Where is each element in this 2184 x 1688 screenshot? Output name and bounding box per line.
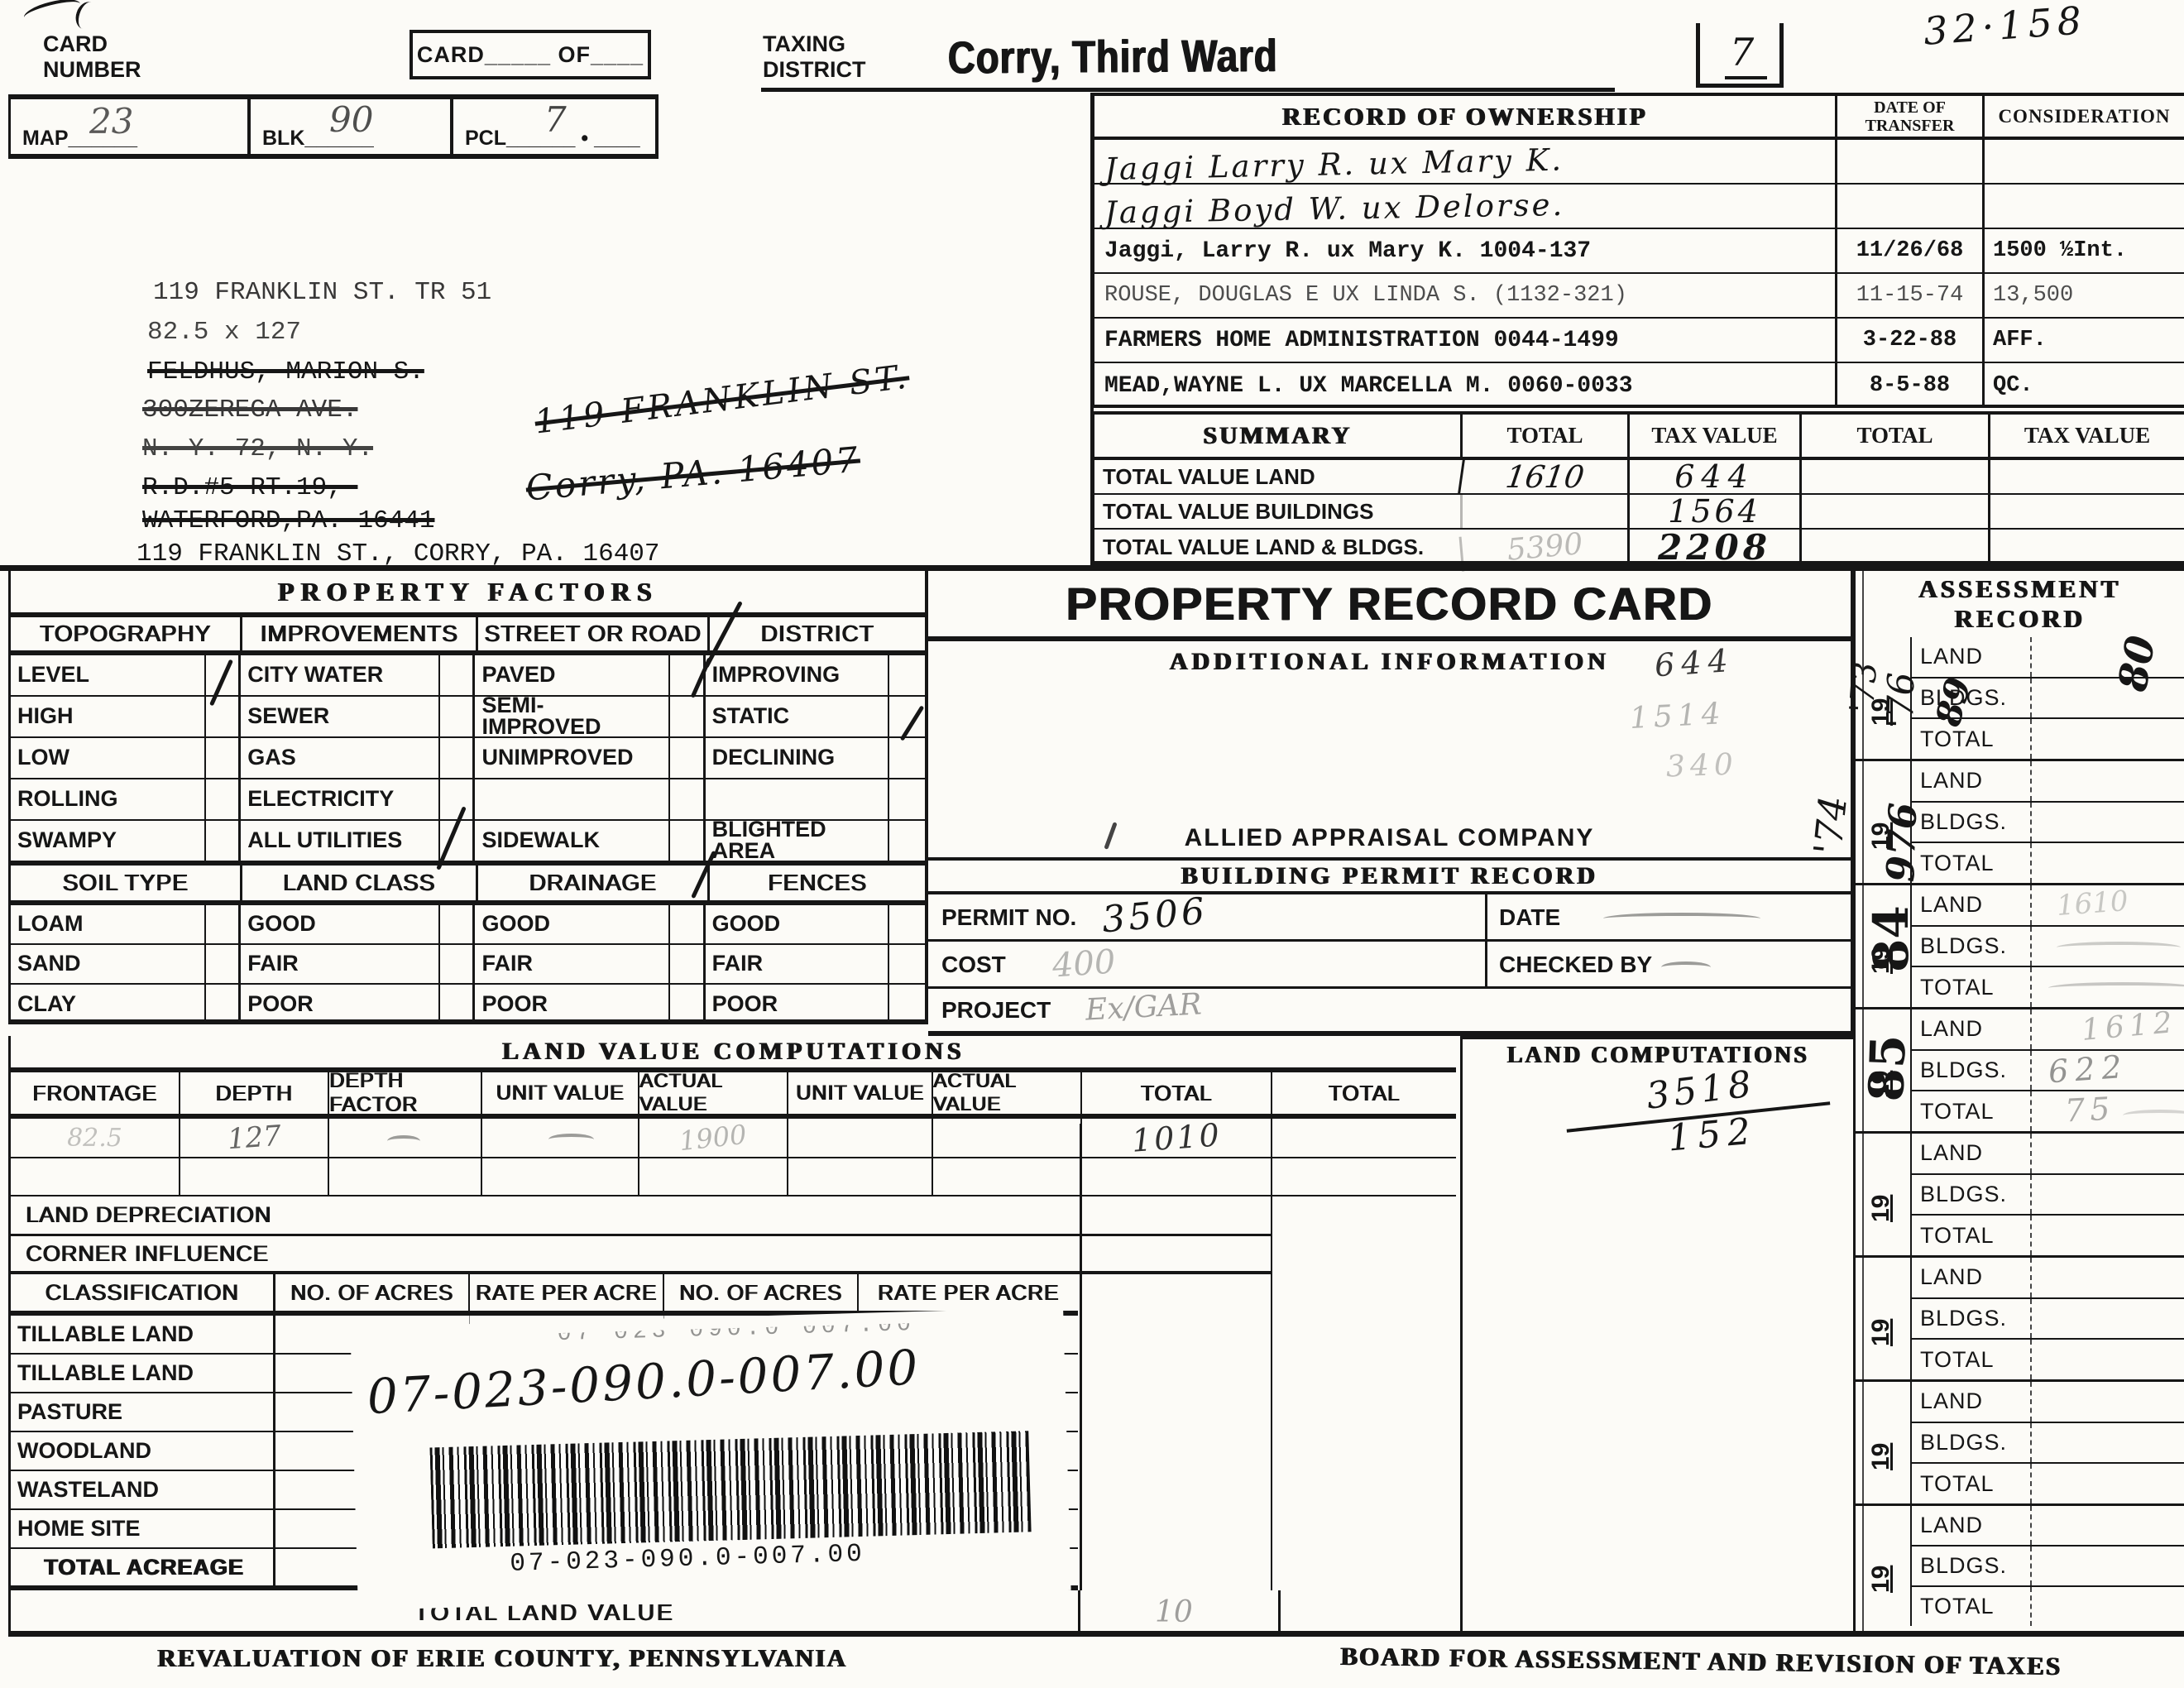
parcel-id-handwritten: 07-023-090.0-007.00 — [366, 1339, 922, 1425]
check-cell — [888, 738, 925, 778]
summary-tax2 — [1988, 495, 2184, 528]
check-cell — [888, 655, 925, 695]
footer-left: REVALUATION OF ERIE COUNTY, PENNSYLVANIA — [157, 1643, 847, 1673]
col-soil-type: SOIL TYPE — [11, 866, 242, 900]
taxing-district-label: TAXING DISTRICT — [763, 31, 866, 83]
land-value: 1612 — [2032, 1009, 2184, 1049]
illegible-handwriting — [548, 1134, 594, 1145]
year-stamp: 84 — [1863, 905, 1919, 972]
transfer-date: 8-5-88 — [1835, 363, 1982, 408]
col-no-of-acres2: NO. OF ACRES — [664, 1274, 859, 1311]
class-label: HOME SITE — [11, 1510, 275, 1547]
empty-cell — [1272, 1158, 1456, 1195]
summary-tax2 — [1988, 460, 2184, 493]
summary-row: TOTAL VALUE LAND & BLDGS. 5390 2208 — [1094, 530, 2184, 564]
owner-name: MEAD,WAYNE L. UX MARCELLA M. 0060-0033 — [1094, 363, 1835, 408]
bldgs-label: BLDGS. — [1912, 1299, 2032, 1339]
assessment-row: LAND — [1912, 761, 2184, 803]
check-cell — [888, 905, 925, 943]
check-cell — [668, 779, 706, 819]
check-cell — [888, 985, 925, 1024]
empty-cell — [180, 1158, 329, 1195]
assessment-row: TOTAL — [1912, 1340, 2184, 1379]
total-land-value: 10 — [1080, 1595, 1193, 1629]
col-rate-per-acre: RATE PER ACRE — [470, 1274, 664, 1311]
col-district: DISTRICT — [710, 617, 925, 650]
land-label: LAND — [1912, 885, 2032, 925]
summary-tax: 1564 — [1627, 495, 1799, 528]
summary-total2 — [1799, 460, 1988, 493]
handwritten-value: 644 — [1654, 642, 1736, 684]
factor-option: ELECTRICITY — [241, 779, 438, 819]
building-permit-record-title: BUILDING PERMIT RECORD — [928, 857, 1851, 894]
rule-line — [1080, 1124, 1082, 1590]
check-cell — [438, 655, 476, 695]
land-computations-box: LAND COMPUTATIONS 3518 152 — [1460, 1036, 1853, 1631]
soil-row: CLAY POOR POOR POOR — [11, 985, 925, 1024]
total-value — [2032, 1340, 2184, 1379]
assessment-row: TOTAL — [1912, 843, 2184, 883]
summary-table: SUMMARY TOTAL TAX VALUE TOTAL TAX VALUE … — [1090, 411, 2184, 565]
assessment-row: BLDGS. — [1912, 803, 2184, 844]
corner-note: 32·158 — [1922, 0, 2087, 54]
land-label: LAND — [1912, 637, 2032, 677]
factor-option: BLIGHTED AREA — [706, 821, 888, 861]
bldgs-value — [2032, 927, 2184, 966]
total-value — [2032, 1216, 2184, 1255]
corner-influence-row: CORNER INFLUENCE — [11, 1236, 1272, 1274]
check-cell — [888, 945, 925, 983]
check-cell — [204, 779, 242, 819]
land-value: 1610 — [2032, 885, 2184, 925]
class-label: WASTELAND — [11, 1471, 275, 1508]
land-value — [2032, 1382, 2184, 1422]
check-cell — [204, 945, 242, 983]
property-factors-table: PROPERTY FACTORS TOPOGRAPHY IMPROVEMENTS… — [8, 571, 928, 1024]
year-label: 19 — [1867, 1319, 1895, 1346]
illegible-handwriting — [1661, 961, 1711, 973]
parcel-id-sticker: 07 023 090.0 007.00 07-023-090.0-007.00 … — [350, 1307, 1070, 1610]
card-number-label: CARD NUMBER — [43, 31, 141, 83]
assessment-row: BLDGS. — [1912, 927, 2184, 968]
year-label: 19 — [1867, 1443, 1895, 1470]
property-factors-title: PROPERTY FACTORS — [11, 571, 925, 612]
summary-col-total2: TOTAL — [1799, 415, 1988, 457]
summary-row: TOTAL VALUE LAND 1610 644 — [1094, 460, 2184, 495]
factor-option — [706, 779, 888, 819]
bldgs-value — [2032, 679, 2184, 718]
empty-cell — [11, 1158, 180, 1195]
land-label: LAND — [1912, 1258, 2032, 1297]
check-cell — [204, 821, 242, 861]
ownership-row: FARMERS HOME ADMINISTRATION 0044-1499 3-… — [1094, 319, 2184, 363]
ownership-row: MEAD,WAYNE L. UX MARCELLA M. 0060-0033 8… — [1094, 363, 2184, 408]
ownership-row: ROUSE, DOUGLAS E UX LINDA S. (1132-321) … — [1094, 274, 2184, 319]
year-stamp: 85 — [1858, 1033, 1917, 1102]
number-stamp: 80 — [2110, 632, 2165, 695]
bldgs-label: BLDGS. — [1912, 1547, 2032, 1585]
check-cell — [668, 738, 706, 778]
total-label: TOTAL — [1912, 719, 2032, 759]
check-cell — [438, 905, 476, 943]
factors-row: LEVEL CITY WATER PAVED IMPROVING — [11, 655, 925, 697]
class-label: TILLABLE LAND — [11, 1355, 275, 1392]
summary-total: 5390 — [1459, 522, 1629, 571]
land-depreciation-row: LAND DEPRECIATION — [11, 1196, 1272, 1236]
owner-name: ROUSE, DOUGLAS E UX LINDA S. (1132-321) — [1094, 274, 1835, 317]
total-value — [2032, 843, 2184, 883]
transfer-date — [1835, 185, 1982, 228]
transfer-date: 11/26/68 — [1835, 229, 1982, 272]
checked-by-label: CHECKED BY — [1499, 952, 1652, 978]
bldgs-value — [2032, 1299, 2184, 1339]
summary-col-taxvalue: TAX VALUE — [1627, 415, 1799, 457]
total-label: TOTAL — [1912, 1340, 2032, 1379]
factor-option: CITY WATER — [241, 655, 438, 695]
assessment-group: 19 LAND BLDGS. TOTAL — [1856, 1382, 2184, 1506]
assessment-row: LAND — [1912, 1258, 2184, 1299]
assessment-row: BLDGS.622 — [1912, 1051, 2184, 1092]
col-depth: DEPTH — [180, 1072, 329, 1114]
ownership-row: Jaggi Boyd W. ux Delorse. — [1094, 185, 2184, 229]
check-cell — [668, 821, 706, 861]
consideration — [1982, 185, 2184, 228]
land-label: LAND — [1912, 1506, 2032, 1545]
land-value — [2032, 1258, 2184, 1297]
land-value — [2032, 761, 2184, 801]
lvc-actual-value2 — [933, 1119, 1082, 1157]
land-label: LAND — [1912, 1382, 2032, 1422]
factor-option: HIGH — [11, 697, 204, 736]
handwritten-value: 1514 — [1629, 697, 1727, 736]
blk-label: BLK______ — [262, 127, 374, 151]
check-cell — [438, 779, 476, 819]
soil-option: SAND — [11, 945, 204, 983]
consideration: AFF. — [1982, 319, 2184, 362]
land-computations-title: LAND COMPUTATIONS — [1463, 1039, 1853, 1072]
assessment-row: TOTAL — [1912, 1464, 2184, 1503]
check-cell — [668, 905, 706, 943]
land-value — [2032, 1506, 2184, 1545]
col-actual-value2: ACTUAL VALUE — [933, 1072, 1082, 1114]
col-classification: CLASSIFICATION — [11, 1274, 275, 1311]
col-street-or-road: STREET OR ROAD — [478, 617, 710, 650]
illegible-handwriting — [1603, 913, 1760, 924]
factor-option: SWAMPY — [11, 821, 204, 861]
summary-tax: 2208 — [1627, 530, 1799, 564]
pcl-label: PCL______ • ____ — [465, 127, 640, 151]
col-actual-value: ACTUAL VALUE — [639, 1072, 788, 1114]
check-cell — [204, 985, 242, 1024]
bldgs-value — [2032, 1547, 2184, 1585]
soil-option: CLAY — [11, 985, 204, 1024]
soil-row: SAND FAIR FAIR FAIR — [11, 945, 925, 985]
check-cell — [204, 738, 242, 778]
class-label: TILLABLE LAND — [11, 1316, 275, 1353]
bldgs-value — [2032, 1175, 2184, 1215]
factor-option: IMPROVING — [706, 655, 888, 695]
summary-label: TOTAL VALUE LAND — [1094, 460, 1460, 493]
prior-address-line: N. Y. 72, N. Y. — [142, 434, 373, 463]
card-of-box: CARD_____ OF____ — [409, 30, 651, 79]
permit-cost-label: COST — [941, 952, 1006, 978]
summary-total: 1610 — [1458, 460, 1630, 493]
check-cell — [438, 945, 476, 983]
assessment-group: 19 LAND BLDGS. TOTAL — [1856, 1134, 2184, 1258]
total-value — [2032, 719, 2184, 759]
check-cell — [668, 985, 706, 1024]
year-stamp: '76 — [1880, 672, 1923, 729]
summary-label: TOTAL VALUE BUILDINGS — [1094, 495, 1460, 528]
col-land-class: LAND CLASS — [242, 866, 478, 900]
taxing-district-value: Corry, Third Ward — [947, 31, 1277, 85]
ownership-title: RECORD OF OWNERSHIP — [1094, 96, 1835, 137]
assessment-row: BLDGS. — [1912, 1299, 2184, 1340]
appraisal-company-label: ALLIED APPRAISAL COMPANY — [928, 824, 1851, 852]
assessment-record-title: ASSESSMENT RECORD — [1856, 571, 2184, 637]
land-label: LAND — [1912, 761, 2032, 801]
empty-cell — [933, 1158, 1082, 1195]
check-cell — [438, 738, 476, 778]
lvc-depth-factor-value — [329, 1119, 482, 1157]
rule-line — [0, 565, 2184, 571]
factor-option: GAS — [241, 738, 438, 778]
date-of-transfer-header: DATE OF TRANSFER — [1835, 96, 1982, 137]
soil-option: FAIR — [475, 945, 668, 983]
transfer-date: 11-15-74 — [1835, 274, 1982, 317]
total-land-value-cell: 10 — [1078, 1590, 1281, 1634]
soil-option: GOOD — [241, 905, 438, 943]
prior-address-line: 300ZEREGA AVE. — [142, 396, 357, 424]
factors-row: SWAMPY ALL UTILITIES SIDEWALK BLIGHTED A… — [11, 821, 925, 862]
year-stamp: '74 — [1805, 794, 1856, 856]
assessment-row: TOTAL — [1912, 1216, 2184, 1255]
lvc-actual-value: 1900 — [639, 1119, 788, 1157]
handwritten-value: 152 — [1666, 1110, 1759, 1159]
col-total2: TOTAL — [1272, 1072, 1456, 1114]
check-cell — [438, 697, 476, 736]
handwritten-value: 340 — [1665, 747, 1738, 784]
year-label: 19 — [1867, 1566, 1895, 1593]
assessment-group: 19 LAND BLDGS. TOTAL — [1856, 1258, 2184, 1382]
consideration: QC. — [1982, 363, 2184, 408]
rule-line — [1271, 1124, 1272, 1590]
illegible-handwriting — [2048, 982, 2184, 994]
check-cell — [888, 779, 925, 819]
owner-name: FARMERS HOME ADMINISTRATION 0044-1499 — [1094, 319, 1835, 362]
col-topography: TOPOGRAPHY — [11, 617, 242, 650]
soil-option: LOAM — [11, 905, 204, 943]
col-unit-value2: UNIT VALUE — [788, 1072, 933, 1114]
assessment-row: TOTAL75 — [1912, 1091, 2184, 1131]
prior-address-line: WATERFORD,PA. 16441 — [142, 506, 434, 535]
factor-option: SIDEWALK — [475, 821, 668, 861]
footer-right: BOARD FOR ASSESSMENT AND REVISION OF TAX… — [1340, 1642, 2062, 1681]
total-label: TOTAL — [1912, 1587, 2032, 1626]
handwritten-address: 119 FRANKLIN ST. — [533, 357, 912, 441]
transfer-date: 3-22-88 — [1835, 319, 1982, 362]
summary-total — [1460, 495, 1627, 528]
total-label: TOTAL — [1912, 843, 2032, 883]
ownership-row: Jaggi Larry R. ux Mary K. — [1094, 140, 2184, 185]
year-label: 19 — [1867, 1195, 1895, 1222]
check-cell — [668, 945, 706, 983]
factor-option: LEVEL — [11, 655, 204, 695]
soil-option: FAIR — [706, 945, 888, 983]
col-frontage: FRONTAGE — [11, 1072, 180, 1114]
land-label: LAND — [1912, 1134, 2032, 1173]
factor-option: PAVED — [475, 655, 668, 695]
factor-option: STATIC — [706, 697, 888, 736]
map-blk-pcl-strip: 23 MAP______ 90 BLK______ 7 PCL______ • … — [8, 94, 659, 159]
empty-cell — [1082, 1158, 1272, 1195]
summary-tax2 — [1988, 530, 2184, 564]
soil-option: POOR — [475, 985, 668, 1024]
permit-cost-value: 400 — [1051, 942, 1116, 985]
transfer-date — [1835, 140, 1982, 183]
lvc-total2-value — [1272, 1119, 1456, 1157]
ownership-row: Jaggi, Larry R. ux Mary K. 1004-137 11/2… — [1094, 229, 2184, 274]
assessment-group: 19 LAND BLDGS. TOTAL — [1856, 1506, 2184, 1626]
total-value: 75 — [2032, 1091, 2184, 1131]
summary-total2 — [1799, 530, 1988, 564]
assessment-row: LAND — [1912, 1506, 2184, 1547]
card-of-label: CARD_____ OF____ — [417, 42, 644, 68]
bldgs-label: BLDGS. — [1912, 803, 2032, 842]
consideration-header: CONSIDERATION — [1982, 96, 2184, 137]
total-value — [2032, 1587, 2184, 1626]
consideration: 13,500 — [1982, 274, 2184, 317]
current-address-line: 119 FRANKLIN ST., CORRY, PA. 16407 — [136, 539, 660, 568]
empty-cell — [639, 1158, 788, 1195]
soil-option: FAIR — [241, 945, 438, 983]
bldgs-value — [2032, 803, 2184, 842]
rule-line — [761, 88, 1615, 92]
factor-option: ROLLING — [11, 779, 204, 819]
factor-option: LOW — [11, 738, 204, 778]
check-cell — [438, 985, 476, 1024]
factor-option: UNIMPROVED — [475, 738, 668, 778]
illegible-handwriting — [387, 1135, 420, 1147]
class-label: WOODLAND — [11, 1432, 275, 1470]
permit-project-label: PROJECT — [941, 997, 1051, 1024]
summary-col-total: TOTAL — [1460, 415, 1627, 457]
rule-line — [1090, 93, 1094, 565]
empty-cell — [788, 1158, 933, 1195]
land-depreciation-label: LAND DEPRECIATION — [11, 1202, 271, 1228]
corner-influence-label: CORNER INFLUENCE — [11, 1241, 269, 1267]
bldgs-value — [2032, 1423, 2184, 1463]
assessment-row: LAND — [1912, 1382, 2184, 1423]
prior-address-line: R.D.#5 RT.19,- — [142, 473, 357, 502]
assessment-row: TOTAL — [1912, 967, 2184, 1007]
permit-date-label: DATE — [1499, 904, 1560, 931]
soil-row: LOAM GOOD GOOD GOOD — [11, 905, 925, 945]
summary-total2 — [1799, 495, 1988, 528]
assessment-row: LAND — [1912, 1134, 2184, 1175]
illegible-handwriting — [2057, 942, 2181, 953]
land-value — [2032, 1134, 2184, 1173]
lvc-unit-value2 — [788, 1119, 933, 1157]
assessment-row: BLDGS. — [1912, 1547, 2184, 1587]
lvc-title: LAND VALUE COMPUTATIONS — [11, 1036, 1456, 1067]
total-label: TOTAL — [1912, 1091, 2032, 1131]
class-label: PASTURE — [11, 1393, 275, 1431]
handwritten-address: Corry, PA. 16407 — [524, 439, 862, 508]
col-fences: FENCES — [710, 866, 925, 900]
lvc-unit-value — [482, 1119, 639, 1157]
factor-option: SEWER — [241, 697, 438, 736]
soil-option: POOR — [241, 985, 438, 1024]
check-cell — [668, 697, 706, 736]
rule-line — [8, 1631, 2184, 1637]
permit-no-value: 3506 — [1100, 890, 1209, 942]
factor-option — [475, 779, 668, 819]
assessment-row: LAND1610 — [1912, 885, 2184, 927]
bldgs-label: BLDGS. — [1912, 1051, 2032, 1091]
factors-row: LOW GAS UNIMPROVED DECLINING — [11, 738, 925, 779]
owner-name: Jaggi, Larry R. ux Mary K. 1004-137 — [1094, 229, 1835, 272]
total-label: TOTAL — [1912, 967, 2032, 1007]
parcel-barcode — [429, 1431, 1031, 1548]
card-count-value: 7 — [1725, 30, 1767, 79]
summary-row: TOTAL VALUE BUILDINGS 1564 — [1094, 495, 2184, 530]
empty-cell — [329, 1158, 482, 1195]
year-stamp: 976 — [1878, 802, 1925, 883]
pen-scribble — [22, 0, 82, 26]
parcel-id-barcode-label: 07-023-090.0-007.00 — [510, 1540, 865, 1579]
assessment-row: BLDGS. — [1912, 1423, 2184, 1465]
bldgs-label: BLDGS. — [1912, 1175, 2032, 1215]
bldgs-value: 622 — [2032, 1051, 2184, 1091]
assessment-row: TOTAL — [1912, 1587, 2184, 1626]
consideration — [1982, 140, 2184, 183]
empty-cell — [482, 1158, 639, 1195]
assessment-row: BLDGS. — [1912, 1175, 2184, 1216]
property-record-card-title: PROPERTY RECORD CARD — [928, 571, 1851, 641]
lvc-total-value: 1010 — [1082, 1119, 1272, 1157]
col-depth-factor: DEPTH FACTOR — [329, 1072, 482, 1114]
col-total: TOTAL — [1082, 1072, 1272, 1114]
card-count-box: 7 — [1696, 23, 1784, 88]
summary-label: TOTAL VALUE LAND & BLDGS. — [1094, 530, 1460, 564]
lvc-depth-value: 127 — [180, 1119, 329, 1157]
soil-option: POOR — [706, 985, 888, 1024]
lvc-frontage-value: 82.5 — [11, 1119, 180, 1157]
factor-option: ALL UTILITIES — [241, 821, 438, 861]
bldgs-label: BLDGS. — [1912, 1423, 2032, 1463]
col-drainage: DRAINAGE — [478, 866, 710, 900]
ownership-table: RECORD OF OWNERSHIP DATE OF TRANSFER CON… — [1090, 93, 2184, 408]
property-record-card-scan: CARD NUMBER CARD_____ OF____ TAXING DIST… — [0, 0, 2184, 1688]
col-rate-per-acre2: RATE PER ACRE — [859, 1274, 1078, 1311]
center-panel: PROPERTY RECORD CARD ADDITIONAL INFORMAT… — [928, 571, 1853, 1036]
summary-tax: 644 — [1627, 460, 1799, 493]
soil-option: GOOD — [706, 905, 888, 943]
total-label: TOTAL — [1912, 1464, 2032, 1503]
lot-size-line: 82.5 x 127 — [147, 318, 301, 347]
factors-row: HIGH SEWER SEMI- IMPROVED STATIC — [11, 697, 925, 738]
factor-option: DECLINING — [706, 738, 888, 778]
assessment-row: LAND1612 — [1912, 1009, 2184, 1051]
situs-address-line: 119 FRANKLIN ST. TR 51 — [153, 278, 491, 307]
check-cell — [204, 905, 242, 943]
prior-owner-line: FELDHUS, MARION S. — [147, 357, 424, 386]
check-cell — [888, 821, 925, 861]
summary-col-taxvalue2: TAX VALUE — [1988, 415, 2184, 457]
col-no-of-acres: NO. OF ACRES — [275, 1274, 470, 1311]
illegible-handwriting — [2123, 1110, 2184, 1121]
